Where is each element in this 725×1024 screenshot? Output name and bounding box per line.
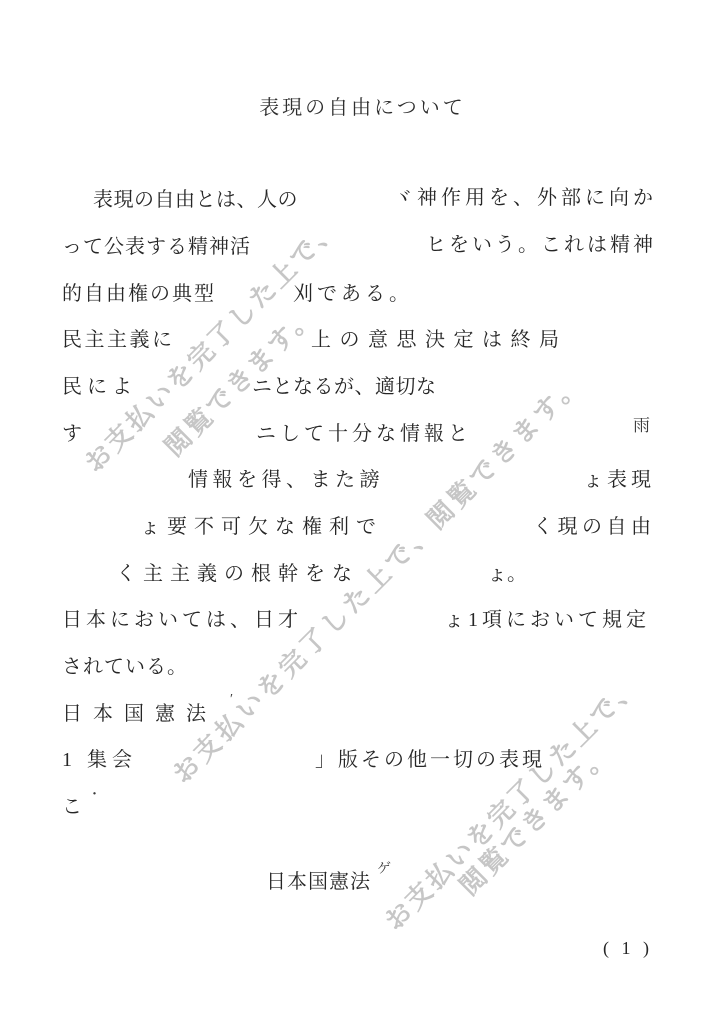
body-text-segment: って公表する精神活 — [62, 230, 251, 259]
body-text-segment: 日本においては、日才 — [62, 603, 302, 632]
body-text-segment: こ — [62, 790, 82, 819]
body-text-segment: く主主義の根幹をな — [116, 557, 359, 586]
body-text-segment: 的自由権の典型 — [62, 277, 216, 306]
body-text-segment: 1 集会 — [62, 743, 137, 772]
body-text-segment: 」版その他一切の表現 — [315, 743, 545, 772]
caption-fragment: ゲ — [377, 858, 391, 878]
body-text-segment: 日本国憲法 — [62, 697, 217, 726]
body-text-segment: く現の自由 — [533, 510, 656, 539]
body-text-segment: ニとなるが、適切な — [252, 370, 437, 399]
body-text-segment: ょ要不可欠な権利で — [140, 510, 383, 539]
body-text-segment: 刈である。 — [293, 277, 413, 306]
body-text-segment: ヒをいう。これは精神 — [426, 228, 656, 257]
document-page: お支払いを完了した上で、 閲覧できます。 お支払いを完了した上で、閲覧できます。… — [0, 0, 725, 1024]
body-text-segment: ょ表現 — [583, 463, 655, 492]
body-text-fragment: ′ — [230, 692, 233, 708]
body-text-segment: す — [62, 417, 82, 446]
body-text-segment: 民主主義に — [62, 323, 175, 352]
body-text-segment: 情報を得、また謗 — [188, 463, 384, 492]
body-text-fragment: 雨 — [633, 411, 650, 436]
body-text-segment: 上の意思決定は終局 — [311, 323, 568, 352]
page-number: ( 1 ) — [603, 938, 653, 959]
body-text-segment: ヾ神作用を、外部に向か — [393, 181, 657, 210]
caption-text: 日本国憲法 — [266, 865, 371, 894]
body-text-fragment: · — [92, 786, 97, 803]
body-text-segment: 表現の自由とは、人の — [93, 183, 298, 212]
body-text-segment: 民によ — [62, 370, 137, 399]
body-text-segment: ょ1項において規定 — [444, 603, 650, 632]
body-text-segment: ニして十分な情報と — [256, 417, 472, 446]
body-text-segment: ょ。 — [487, 557, 527, 586]
page-title: 表現の自由について — [0, 91, 725, 120]
watermark-payment-text: お支払いを完了した上で、 — [375, 666, 647, 938]
body-text-segment: されている。 — [62, 650, 188, 679]
